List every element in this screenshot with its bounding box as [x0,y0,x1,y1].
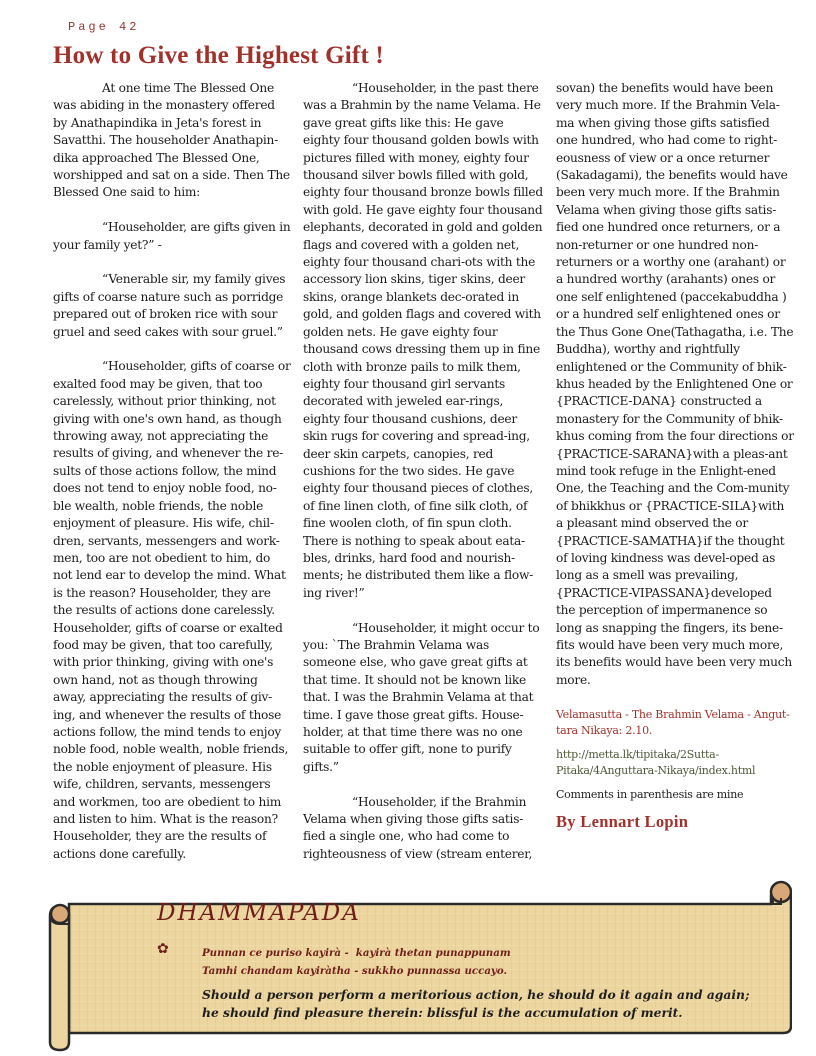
comment-note: Comments in parenthesis are mine [556,787,794,803]
paragraph: “Householder, if the Brahmin Velama when… [303,794,543,864]
pali-line: Tamhi chandam kayiràtha - sukkho punnass… [202,962,511,980]
dhammapada-scroll-banner: DHAMMAPADA ✿ Punnan ce puriso kayirà - k… [47,878,792,1054]
scroll-title: DHAMMAPADA [157,900,361,926]
article-column-2: “Householder, in the past there was a Br… [303,80,543,881]
translation-line: Should a person perform a meritorious ac… [202,986,750,1004]
paragraph: At one time The Blessed One was abiding … [53,80,291,202]
paragraph: sovan) the benefits would have been very… [556,80,794,689]
source-url-link[interactable]: http://metta.lk/tipitaka/2Sutta-Pitaka/4… [556,747,794,779]
article-column-1: At one time The Blessed One was abiding … [53,80,291,881]
translation-line: he should find pleasure therein: blissfu… [202,1004,750,1022]
author-byline: By Lennart Lopin [556,813,794,830]
paragraph: “Householder, gifts of coarse or exalted… [53,358,291,863]
page-number: Page 42 [68,20,139,34]
paragraph: “Venerable sir, my family gives gifts of… [53,271,291,341]
paragraph: “Householder, are gifts given in your fa… [53,219,291,254]
pali-line: Punnan ce puriso kayirà - kayirà thetan … [202,944,511,962]
dharma-wheel-icon: ✿ [157,941,169,957]
paragraph: “Householder, it might occur to you: `Th… [303,620,543,777]
pali-verse: Punnan ce puriso kayirà - kayirà thetan … [202,944,511,980]
source-citation: Velamasutta - The Brahmin Velama - Angut… [556,707,794,739]
paragraph: “Householder, in the past there was a Br… [303,80,543,602]
article-column-3: sovan) the benefits would have been very… [556,80,794,830]
english-translation: Should a person perform a meritorious ac… [202,986,750,1022]
article-title: How to Give the Highest Gift ! [53,42,384,70]
